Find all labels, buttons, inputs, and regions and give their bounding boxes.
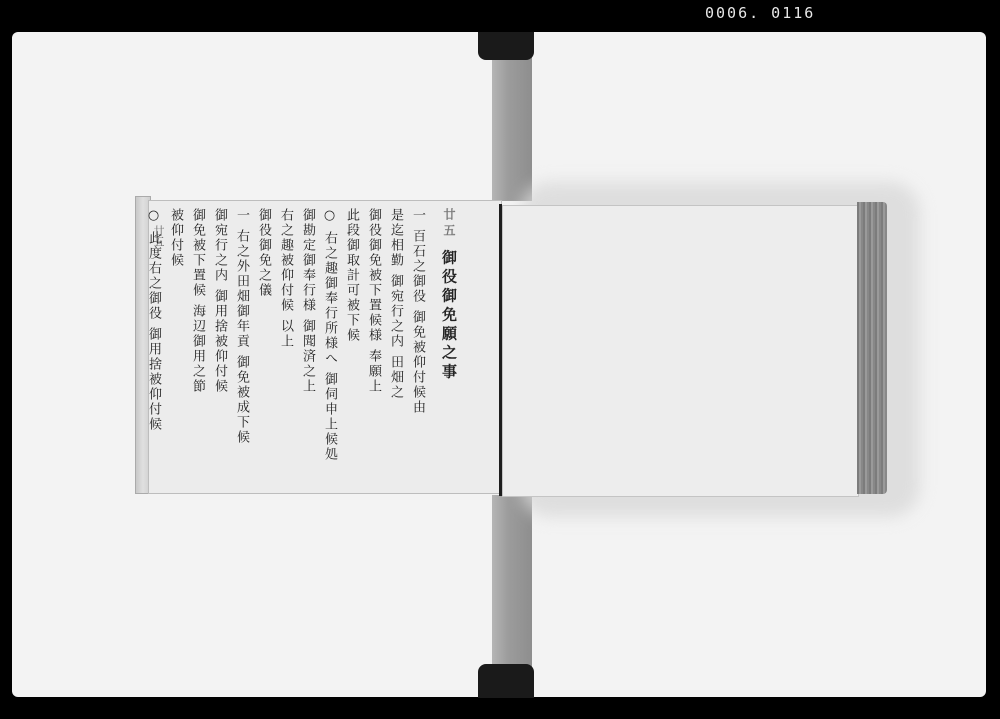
manuscript-text: 廿五 御役御免願之事 一 百石之御役 御免被仰付候由 是迄相勤 御宛行之内 田畑… bbox=[160, 208, 460, 488]
text-column: 御勘定御奉行様 御聞済之上 bbox=[296, 208, 318, 488]
text-column: 御役御免被下置候様 奉願上 bbox=[362, 208, 384, 488]
binding-strap-top bbox=[492, 56, 532, 201]
text-column: 御役御免之儀 bbox=[252, 208, 274, 488]
clip-top bbox=[478, 32, 534, 60]
frame-counter: 0006. 0116 bbox=[705, 4, 815, 22]
heading: 廿五 御役御免願之事 bbox=[438, 208, 460, 488]
text-column: ○ 此度右之御役 御用捨被仰付候 bbox=[142, 208, 164, 488]
heading-title: 御役御免願之事 bbox=[440, 249, 458, 382]
text-column: 被仰付候 bbox=[164, 208, 186, 488]
text-column: 一 百石之御役 御免被仰付候由 bbox=[406, 208, 428, 488]
book-spine bbox=[499, 204, 502, 496]
text-column: ○ 右之趣御奉行所様へ 御伺申上候処 bbox=[318, 208, 340, 488]
text-column: 御宛行之内 御用捨被仰付候 bbox=[208, 208, 230, 488]
text-column: 一 右之外田畑御年貢 御免被成下候 bbox=[230, 208, 252, 488]
heading-number: 廿五 bbox=[442, 208, 456, 240]
text-column: 右之趣被仰付候 以上 bbox=[274, 208, 296, 488]
text-column: 是迄相勤 御宛行之内 田畑之 bbox=[384, 208, 406, 488]
clip-bottom bbox=[478, 664, 534, 698]
text-column: 御免被下置候 海辺御用之節 bbox=[186, 208, 208, 488]
binding-strap-bottom bbox=[492, 495, 532, 667]
book-edge-right bbox=[857, 202, 887, 494]
right-page-blank bbox=[502, 205, 859, 497]
text-column: 此段御取計可被下候 bbox=[340, 208, 362, 488]
